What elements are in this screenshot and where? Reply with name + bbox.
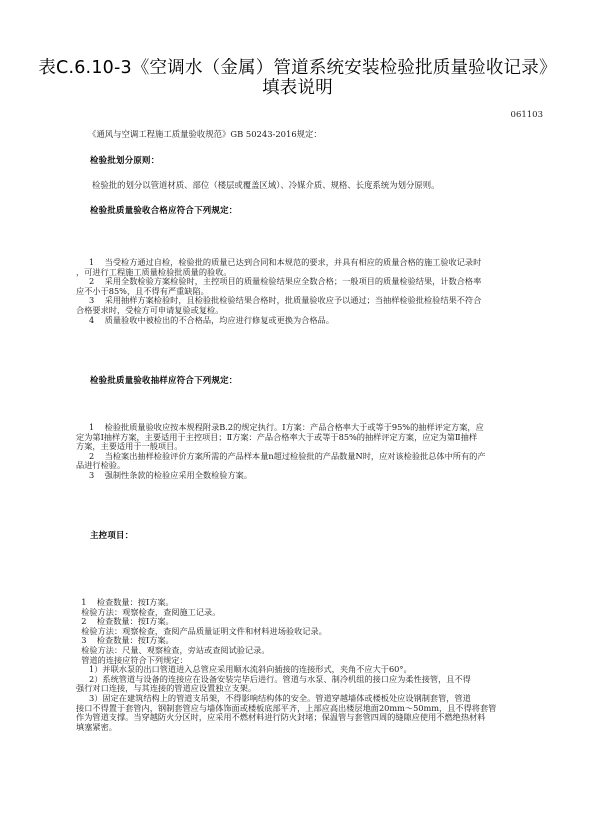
document-code: 061103 <box>511 110 543 120</box>
paragraph-line: 3）固定在建筑结构上的管道支吊架，不得影响结构体的安全。管道穿越墙体或楼板处应设… <box>76 694 556 704</box>
paragraph-line: 1）并联水泵的出口管道进入总管应采用顺水流斜向插接的连接形式，夹角不应大于60°… <box>76 665 556 675</box>
section-heading-acceptance-criteria: 检验批质量验收合格应符合下列规定： <box>90 205 237 215</box>
paragraph-line: 管道的连接应符合下列规定： <box>76 656 556 666</box>
section-body-sampling-rules: 1 检验批质量验收应按本规程附录B.2的规定执行。Ⅰ方案：产品合格率大于或等于9… <box>76 423 556 481</box>
paragraph-line: 接口不得置于套管内，钢制套管应与墙体饰面或楼板底部平齐，上部应高出楼层地面20m… <box>76 704 556 714</box>
paragraph-line: 作为管道支撑。当穿越防火分区时，应采用不燃材料进行防火封堵；保温管与套管四周的缝… <box>76 713 556 723</box>
paragraph-line: 方案，主要适用于一般项目。 <box>76 442 556 452</box>
paragraph-line: 填塞紧密。 <box>76 723 556 733</box>
paragraph-line: 合格要求时，受检方可申请复验或复检。 <box>76 306 556 316</box>
paragraph-line: 2 当检案出抽样检验评价方案所需的产品样本量n超过检验批的产品数量N时，应对该检… <box>76 452 556 462</box>
paragraph-line: 4 质量验收中被检出的不合格品，均应进行修复或更换为合格品。 <box>76 316 556 326</box>
section-heading-main-control-items: 主控项目： <box>90 530 133 540</box>
paragraph-line: 1 检验批质量验收应按本规程附录B.2的规定执行。Ⅰ方案：产品合格率大于或等于9… <box>76 423 556 433</box>
paragraph-line: 强行对口连接，与其连接的管道应设置独立支架。 <box>76 684 556 694</box>
title-line-2: 填表说明 <box>0 78 595 98</box>
paragraph-line: 定为第Ⅰ抽样方案，主要适用于主控项目；Ⅱ方案：产品合格率大于或等于85%的抽样评… <box>76 433 556 443</box>
document-title: 表C.6.10-3《空调水（金属）管道系统安装检验批质量验收记录》 填表说明 <box>0 58 595 98</box>
paragraph-line: 2 检查数量：按Ⅰ方案。 <box>76 617 556 627</box>
paragraph-line: 检验方法：观察检查，查阅施工记录。 <box>76 608 556 618</box>
section-body-main-control-items: 1 检查数量：按Ⅰ方案。 检验方法：观察检查，查阅施工记录。 2 检查数量：按Ⅰ… <box>76 598 556 732</box>
paragraph-line: 品进行检验。 <box>76 461 556 471</box>
paragraph-line: 3 强制性条款的检验应采用全数检验方案。 <box>76 471 556 481</box>
paragraph-line: 1 检查数量：按Ⅰ方案。 <box>76 598 556 608</box>
paragraph-line: ，可进行工程施工质量检验批质量的验收。 <box>76 268 556 278</box>
paragraph-line: 检验方法：观察检查，查阅产品质量证明文件和材料进场验收记录。 <box>76 627 556 637</box>
paragraph-line: 3 检查数量：按Ⅰ方案。 <box>76 636 556 646</box>
section-body-acceptance-criteria: 1 当受检方通过自检，检验批的质量已达到合同和本规范的要求，并具有相应的质量合格… <box>76 258 556 325</box>
section-heading-sampling-rules: 检验批质量验收抽样应符合下列规定： <box>90 375 237 385</box>
paragraph-line: 2）系统管道与设备的连接应在设备安装完毕后进行。管道与水泵、制冷机组的接口应为柔… <box>76 675 556 685</box>
section-heading-division-principle: 检验批划分原则： <box>90 155 159 165</box>
title-line-1: 表C.6.10-3《空调水（金属）管道系统安装检验批质量验收记录》 <box>0 58 595 78</box>
paragraph-line: 检验方法：尺量、观察检查，旁站或查阅试验记录。 <box>76 646 556 656</box>
paragraph-line: 2 采用全数检验方案检验时，主控项目的质量检验结果应全数合格；一般项目的质量检验… <box>76 277 556 287</box>
intro-text: 《通风与空调工程施工质量验收规范》GB 50243-2016规定： <box>88 129 556 139</box>
section-text-division-principle: 检验批的划分以管道材质、部位（楼层或覆盖区域）、冷媒介质、规格、长度系统为划分原… <box>92 180 560 190</box>
paragraph-line: 1 当受检方通过自检，检验批的质量已达到合同和本规范的要求，并具有相应的质量合格… <box>76 258 556 268</box>
paragraph-line: 应不小于85%，且不得有严重缺陷。 <box>76 287 556 297</box>
paragraph-line: 3 采用抽样方案检验时，且检验批检验结果合格时，批质量验收应予以通过；当抽样检验… <box>76 296 556 306</box>
